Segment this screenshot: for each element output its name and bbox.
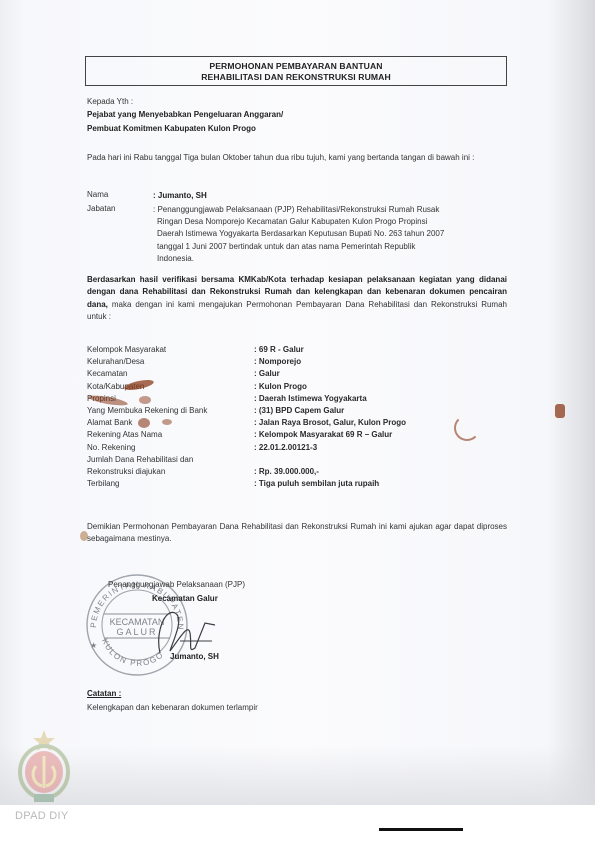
emblem-watermark-icon xyxy=(14,728,74,808)
detail-label: No. Rekening xyxy=(87,443,135,452)
closing-paragraph: Demikian Permohonan Pembayaran Dana Reha… xyxy=(87,521,507,546)
detail-value: : Rp. 39.000.000,- xyxy=(254,467,319,476)
detail-row: Rekonstruksi diajukan: Rp. 39.000.000,- xyxy=(87,467,507,479)
stain xyxy=(555,404,565,418)
addressee-line-1: Pejabat yang Menyebabkan Pengeluaran Ang… xyxy=(87,109,283,121)
signature-unit: Kecamatan Galur xyxy=(152,593,218,605)
title-line-1: PERMOHONAN PEMBAYARAN BANTUAN xyxy=(86,61,506,72)
name-value: : Jumanto, SH xyxy=(153,190,453,202)
detail-row: Alamat Bank: Jalan Raya Brosot, Galur, K… xyxy=(87,418,507,430)
detail-row: Terbilang: Tiga puluh sembilan juta rupa… xyxy=(87,479,507,491)
detail-label: Kelompok Masyarakat xyxy=(87,345,166,354)
detail-value: : Kulon Progo xyxy=(254,382,307,391)
detail-row: Kelurahan/Desa: Nomporejo xyxy=(87,357,507,369)
detail-label: Alamat Bank xyxy=(87,418,132,427)
document-title-box: PERMOHONAN PEMBAYARAN BANTUAN REHABILITA… xyxy=(85,56,507,86)
opening-paragraph: Pada hari ini Rabu tanggal Tiga bulan Ok… xyxy=(87,152,507,164)
detail-label: Jumlah Dana Rehabilitasi dan xyxy=(87,455,193,464)
stain xyxy=(80,531,88,541)
detail-row: Yang Membuka Rekening di Bank: (31) BPD … xyxy=(87,406,507,418)
title-line-2: REHABILITASI DAN REKONSTRUKSI RUMAH xyxy=(86,72,506,83)
position-value: : Penanggungjawab Pelaksanaan (PJP) Reha… xyxy=(153,204,447,265)
note-label: Catatan : xyxy=(87,688,121,700)
detail-label: Yang Membuka Rekening di Bank xyxy=(87,406,207,415)
detail-value: : Tiga puluh sembilan juta rupaih xyxy=(254,479,379,488)
detail-value: : Kelompok Masyarakat 69 R – Galur xyxy=(254,430,392,439)
name-label: Nama xyxy=(87,190,108,199)
detail-label: Kelurahan/Desa xyxy=(87,357,144,366)
signature-role: Penanggungjawab Pelaksanaan (PJP) xyxy=(108,579,245,591)
detail-value: : (31) BPD Capem Galur xyxy=(254,406,344,415)
addressee-line-2: Pembuat Komitmen Kabupaten Kulon Progo xyxy=(87,123,256,135)
detail-value: : Galur xyxy=(254,369,280,378)
detail-row: Jumlah Dana Rehabilitasi dan xyxy=(87,455,507,467)
note-text: Kelengkapan dan kebenaran dokumen terlam… xyxy=(87,702,258,714)
position-label: Jabatan xyxy=(87,204,115,213)
detail-label: Terbilang xyxy=(87,479,119,488)
detail-label: Rekening Atas Nama xyxy=(87,430,162,439)
detail-value: : 22.01.2.00121-3 xyxy=(254,443,317,452)
detail-value: : Jalan Raya Brosot, Galur, Kulon Progo xyxy=(254,418,406,427)
stain xyxy=(138,418,150,428)
stain xyxy=(139,396,151,404)
body-paragraph: Berdasarkan hasil verifikasi bersama KMK… xyxy=(87,274,507,324)
detail-row: Rekening Atas Nama: Kelompok Masyarakat … xyxy=(87,430,507,442)
addressee-label: Kepada Yth : xyxy=(87,96,133,108)
detail-row: No. Rekening: 22.01.2.00121-3 xyxy=(87,443,507,455)
stain xyxy=(162,419,172,425)
detail-value: : Nomporejo xyxy=(254,357,301,366)
detail-row: Kelompok Masyarakat: 69 R - Galur xyxy=(87,345,507,357)
detail-value: : 69 R - Galur xyxy=(254,345,304,354)
detail-label: Kecamatan xyxy=(87,369,127,378)
stain-ring xyxy=(454,415,480,441)
detail-value: : Daerah Istimewa Yogyakarta xyxy=(254,394,367,403)
body-paragraph-regular: maka dengan ini kami mengajukan Permohon… xyxy=(87,300,507,321)
signature-name: Jumanto, SH xyxy=(170,651,219,663)
page-bar xyxy=(379,828,463,831)
svg-text:★: ★ xyxy=(90,641,97,650)
detail-label: Rekonstruksi diajukan xyxy=(87,467,165,476)
watermark-text: DPAD DIY xyxy=(15,810,69,822)
